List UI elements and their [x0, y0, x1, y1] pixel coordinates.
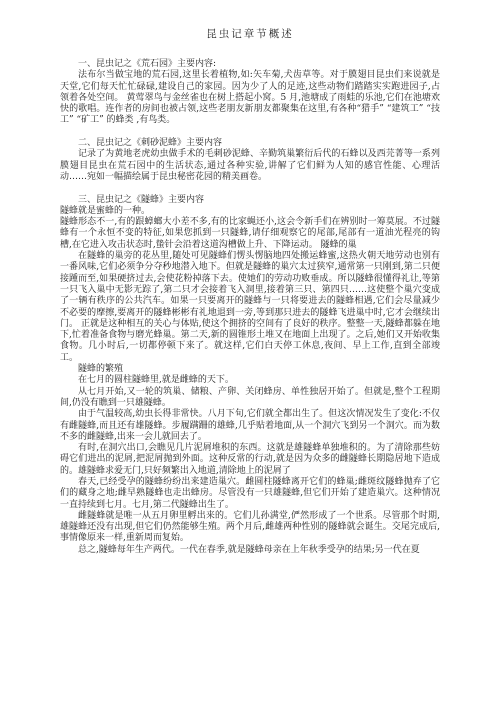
section-heading: 二、昆虫记之《刺砂泥蜂》主要内容 [60, 138, 440, 149]
paragraph: 隧蜂就是蜜蜂的一种。 [60, 206, 440, 217]
paragraph: 记录了为黄地老虎幼虫做手术的毛刺砂泥蜂、辛勤筑巢繁衍后代的石蜂以及西芫菁等一系列… [60, 149, 440, 183]
document-page: 昆虫记章节概述 一、昆虫记之《荒石园》主要内容: 法布尔当做宝地的荒石园,这里长… [0, 0, 496, 702]
paragraph: 由于气温较高,幼虫长得非常快。八月下旬,它们就全都出生了。但这次情况发生了变化:… [60, 409, 440, 443]
paragraph: 有时,在洞穴出口,会瞧见几片泥屑堆积的东西。这就是雄隧蜂单独堆积的。为了清除那些… [60, 443, 440, 477]
paragraph: 从七月开始,又一轮的筑巢、储粮、产卵、关闭蜂房、单性独居开始了。但就是,整个工程… [60, 387, 440, 410]
section-cishanifeng: 二、昆虫记之《刺砂泥蜂》主要内容 记录了为黄地老虎幼虫做手术的毛刺砂泥蜂、辛勤筑… [60, 138, 440, 183]
section-heading: 三、昆虫记之《隧蜂》主要内容 [60, 195, 440, 206]
paragraph: 雌隧蜂就是唯一从五月卵里孵出来的。它们儿孙满堂,俨然形成了一个世系。尽管那个时期… [60, 511, 440, 545]
sub-heading-fanzhi: 隧蜂的繁殖 [60, 364, 440, 375]
paragraph: 法布尔当做宝地的荒石园,这里长着植物,如:矢车菊,犬齿草等。对于膜翅目昆虫们来说… [60, 70, 440, 126]
page-title: 昆虫记章节概述 [60, 26, 440, 41]
section-suifeng: 三、昆虫记之《隧蜂》主要内容 隧蜂就是蜜蜂的一种。 隧蜂形态不一,有的跟蟑螂大小… [60, 195, 440, 557]
paragraph: 在七月的圆柱隧蜂里,就是雌蜂的天下。 [60, 375, 440, 386]
paragraph: 隧蜂形态不一,有的跟蟑螂大小差不多,有的比家蝇还小,这会令新手们在辨别时一筹莫展… [60, 217, 440, 251]
paragraph: 总之,隧蜂每年生产两代。一代在春季,就是隧蜂母亲在上年秋季受孕的结果;另一代在夏 [60, 545, 440, 556]
paragraph: 春天,已经受孕的隧蜂纷纷出来建造巢穴。雌圆柱隧蜂离开它们的蜂巢;雌斑纹隧蜂抛弃了… [60, 477, 440, 511]
section-heading: 一、昆虫记之《荒石园》主要内容: [60, 59, 440, 70]
section-huangshiyuan: 一、昆虫记之《荒石园》主要内容: 法布尔当做宝地的荒石园,这里长着植物,如:矢车… [60, 59, 440, 127]
paragraph: 在隧蜂的巢旁的花丛里,随处可见隧蜂们愣头愣脑地四处搬运蜂蜜,这热火朝天地劳动也别… [60, 251, 440, 364]
